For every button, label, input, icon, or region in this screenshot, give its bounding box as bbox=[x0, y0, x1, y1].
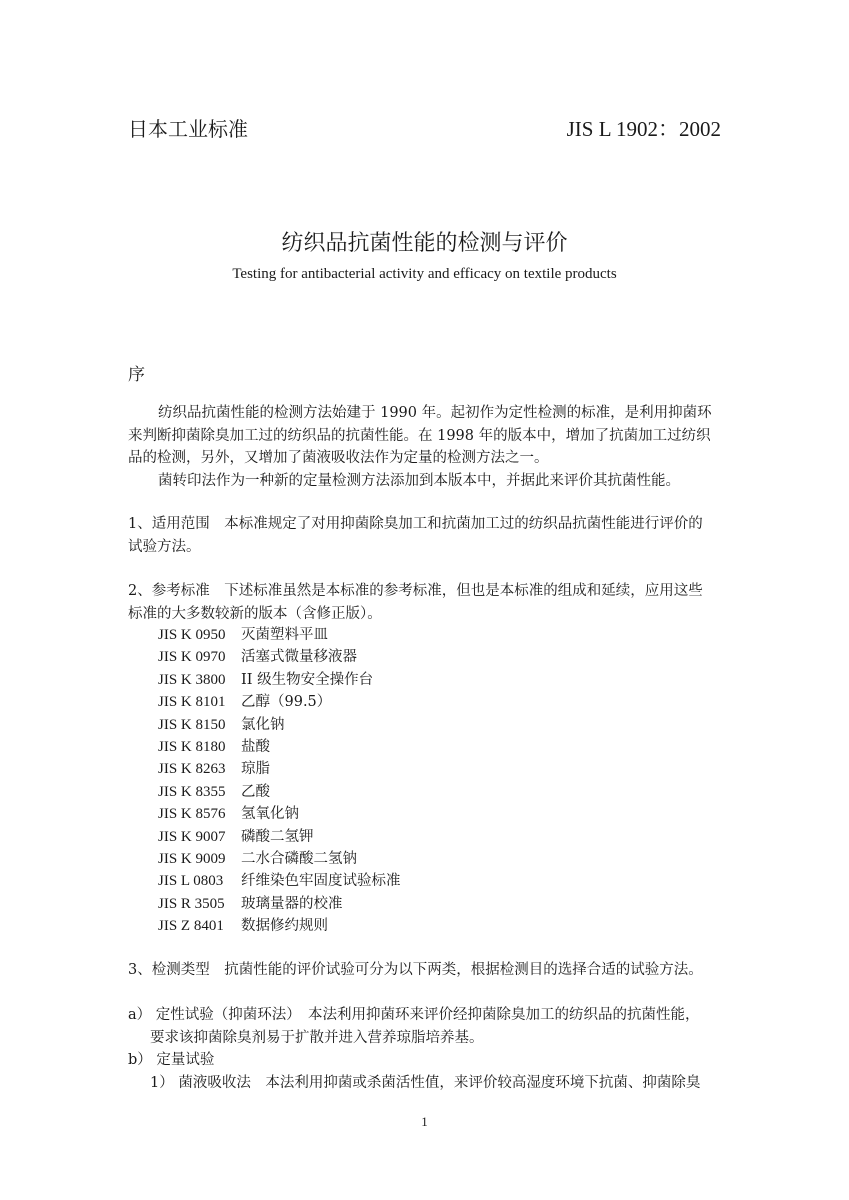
preface-paragraph-1: 纺织品抗菌性能的检测方法始建于 1990 年。起初作为定性检测的标准，是利用抑菌… bbox=[128, 402, 722, 492]
page-number: 1 bbox=[0, 1114, 849, 1130]
reference-item: JIS K 3800II 级生物安全操作台 bbox=[158, 669, 401, 691]
reference-code: JIS K 0950 bbox=[158, 624, 241, 646]
scope-line-1: 1、适用范围 本标准规定了对用抑菌除臭加工和抗菌加工过的纺织品抗菌性能进行评价的 bbox=[128, 513, 722, 536]
header-standard-number: JIS L 1902：2002 bbox=[567, 113, 721, 143]
qualitative-test-line-1: a） 定性试验（抑菌环法） 本法利用抑菌环来评价经抑菌除臭加工的纺织品的抗菌性能… bbox=[128, 1004, 722, 1027]
test-types-list: a） 定性试验（抑菌环法） 本法利用抑菌环来评价经抑菌除臭加工的纺织品的抗菌性能… bbox=[128, 1004, 722, 1094]
reference-code: JIS K 8180 bbox=[158, 736, 241, 758]
reference-code: JIS K 3800 bbox=[158, 669, 241, 691]
reference-standards-list: JIS K 0950灭菌塑料平皿 JIS K 0970活塞式微量移液器 JIS … bbox=[158, 624, 401, 937]
reference-item: JIS L 0803纤维染色牢固度试验标准 bbox=[158, 870, 401, 892]
references-line-2: 标准的大多数较新的版本（含修正版）。 bbox=[128, 603, 722, 626]
reference-code: JIS K 8150 bbox=[158, 714, 241, 736]
reference-name: 二水合磷酸二氢钠 bbox=[241, 848, 357, 870]
reference-item: JIS R 3505玻璃量器的校准 bbox=[158, 893, 401, 915]
reference-item: JIS K 8355乙酸 bbox=[158, 781, 401, 803]
reference-name: 玻璃量器的校准 bbox=[241, 893, 343, 915]
document-title-english: Testing for antibacterial activity and e… bbox=[0, 266, 849, 283]
reference-item: JIS K 0950灭菌塑料平皿 bbox=[158, 624, 401, 646]
reference-code: JIS K 0970 bbox=[158, 646, 241, 668]
preface-p1-line-1: 纺织品抗菌性能的检测方法始建于 1990 年。起初作为定性检测的标准，是利用抑菌… bbox=[128, 402, 722, 425]
document-title-chinese: 纺织品抗菌性能的检测与评价 bbox=[0, 226, 849, 257]
reference-item: JIS K 9009二水合磷酸二氢钠 bbox=[158, 848, 401, 870]
reference-code: JIS K 8101 bbox=[158, 691, 241, 713]
reference-name: II 级生物安全操作台 bbox=[241, 669, 373, 691]
preface-paragraph-2: 菌转印法作为一种新的定量检测方法添加到本版本中，并据此来评价其抗菌性能。 bbox=[128, 470, 722, 493]
references-line-1: 2、参考标准 下述标准虽然是本标准的参考标准，但也是本标准的组成和延续，应用这些 bbox=[128, 580, 722, 603]
qualitative-test-line-2: 要求该抑菌除臭剂易于扩散并进入营养琼脂培养基。 bbox=[128, 1027, 722, 1050]
reference-item: JIS K 0970活塞式微量移液器 bbox=[158, 646, 401, 668]
preface-p1-line-2: 来判断抑菌除臭加工过的纺织品的抗菌性能。在 1998 年的版本中，增加了抗菌加工… bbox=[128, 425, 722, 448]
scope-line-2: 试验方法。 bbox=[128, 536, 722, 559]
reference-item: JIS K 8150氯化钠 bbox=[158, 714, 401, 736]
reference-code: JIS K 8355 bbox=[158, 781, 241, 803]
reference-name: 乙酸 bbox=[241, 781, 270, 803]
reference-code: JIS Z 8401 bbox=[158, 915, 241, 937]
reference-name: 数据修约规则 bbox=[241, 915, 328, 937]
reference-item: JIS Z 8401数据修约规则 bbox=[158, 915, 401, 937]
reference-item: JIS K 8576氢氧化钠 bbox=[158, 803, 401, 825]
test-types-line-1: 3、检测类型 抗菌性能的评价试验可分为以下两类，根据检测目的选择合适的试验方法。 bbox=[128, 959, 722, 982]
preface-p1-line-3: 品的检测，另外，又增加了菌液吸收法作为定量的检测方法之一。 bbox=[128, 447, 722, 470]
reference-name: 乙醇（99.5） bbox=[241, 691, 331, 713]
reference-item: JIS K 8263琼脂 bbox=[158, 758, 401, 780]
reference-item: JIS K 8101乙醇（99.5） bbox=[158, 691, 401, 713]
reference-code: JIS K 8263 bbox=[158, 758, 241, 780]
reference-name: 磷酸二氢钾 bbox=[241, 826, 314, 848]
section-scope: 1、适用范围 本标准规定了对用抑菌除臭加工和抗菌加工过的纺织品抗菌性能进行评价的… bbox=[128, 513, 722, 558]
section-references: 2、参考标准 下述标准虽然是本标准的参考标准，但也是本标准的组成和延续，应用这些… bbox=[128, 580, 722, 625]
reference-name: 氢氧化钠 bbox=[241, 803, 299, 825]
reference-name: 纤维染色牢固度试验标准 bbox=[241, 870, 401, 892]
header-standard-org: 日本工业标准 bbox=[128, 113, 248, 142]
preface-heading: 序 bbox=[128, 360, 145, 385]
quantitative-test-heading: b） 定量试验 bbox=[128, 1049, 722, 1072]
reference-name: 氯化钠 bbox=[241, 714, 285, 736]
reference-item: JIS K 8180盐酸 bbox=[158, 736, 401, 758]
reference-name: 灭菌塑料平皿 bbox=[241, 624, 328, 646]
document-page: 日本工业标准 JIS L 1902：2002 纺织品抗菌性能的检测与评价 Tes… bbox=[0, 0, 849, 1200]
reference-name: 琼脂 bbox=[241, 758, 270, 780]
absorption-method-line-1: 1） 菌液吸收法 本法利用抑菌或杀菌活性值，来评价较高湿度环境下抗菌、抑菌除臭 bbox=[128, 1072, 722, 1095]
reference-item: JIS K 9007磷酸二氢钾 bbox=[158, 826, 401, 848]
reference-code: JIS K 9007 bbox=[158, 826, 241, 848]
reference-code: JIS R 3505 bbox=[158, 893, 241, 915]
reference-code: JIS L 0803 bbox=[158, 870, 241, 892]
reference-name: 活塞式微量移液器 bbox=[241, 646, 357, 668]
reference-code: JIS K 9009 bbox=[158, 848, 241, 870]
section-test-types: 3、检测类型 抗菌性能的评价试验可分为以下两类，根据检测目的选择合适的试验方法。 bbox=[128, 959, 722, 982]
reference-name: 盐酸 bbox=[241, 736, 270, 758]
reference-code: JIS K 8576 bbox=[158, 803, 241, 825]
